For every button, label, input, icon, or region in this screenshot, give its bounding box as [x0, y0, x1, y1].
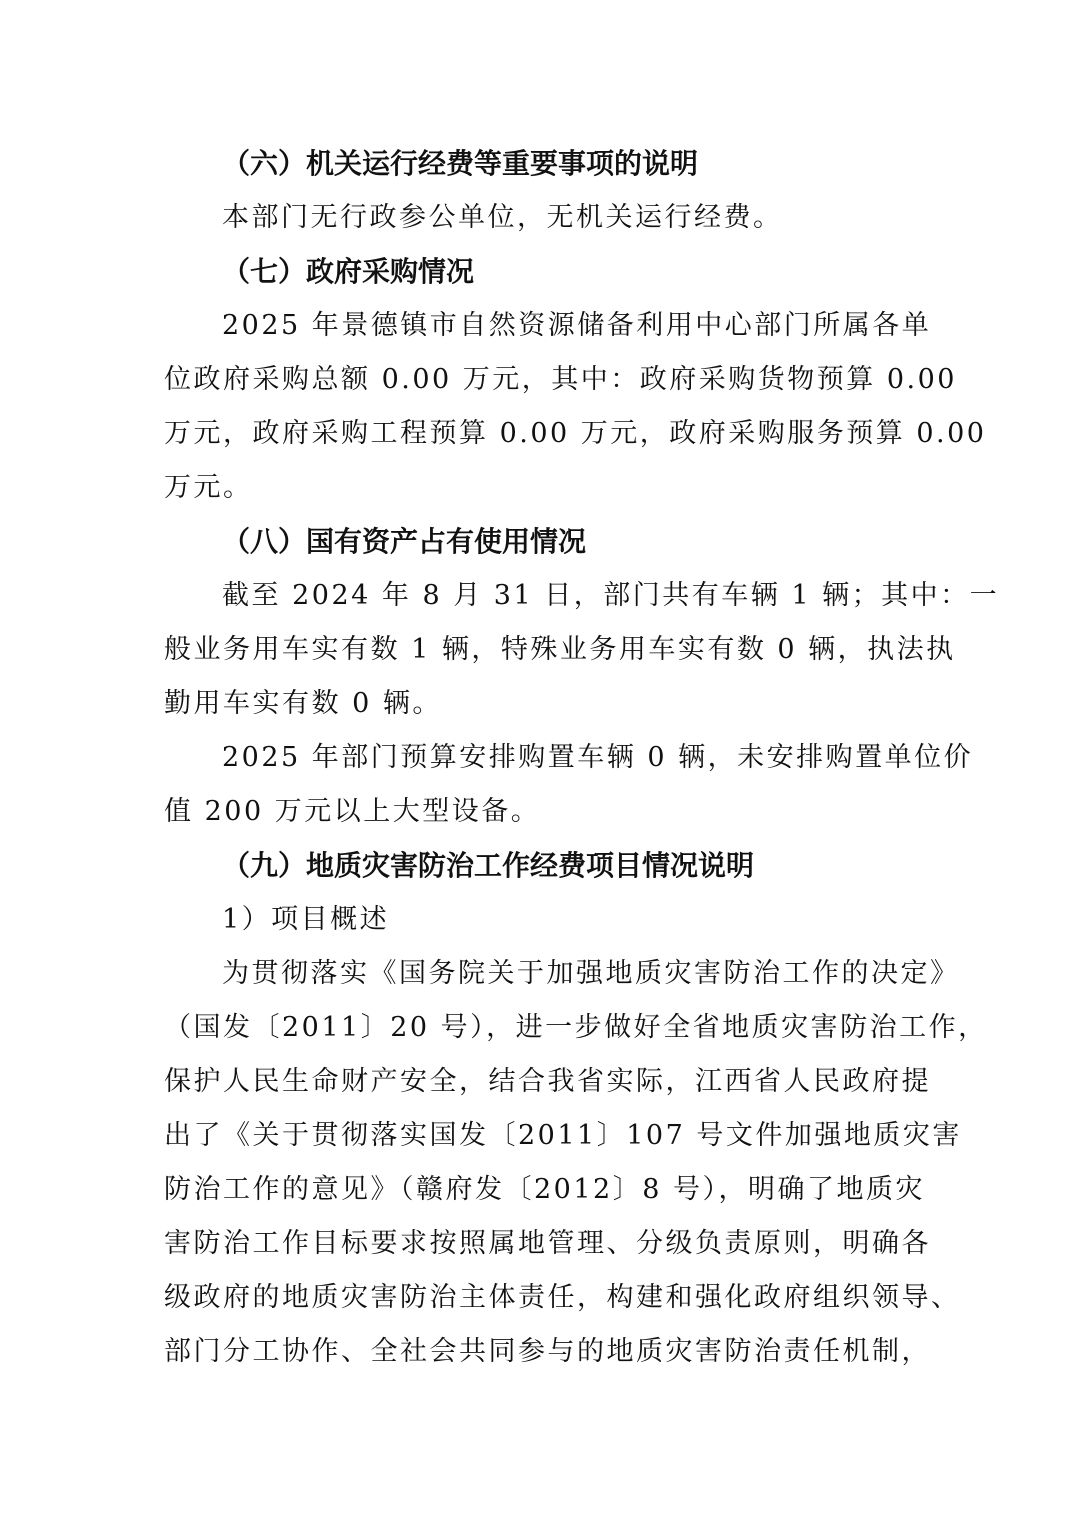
paragraph-line: 本部门无行政参公单位，无机关运行经费。	[222, 198, 783, 238]
paragraph-line: 为贯彻落实《国务院关于加强地质灾害防治工作的决定》	[222, 954, 960, 994]
section-heading-8: （八）国有资产占有使用情况	[222, 522, 586, 562]
paragraph-line: 防治工作的意见》（赣府发〔2012〕8 号），明确了地质灾	[164, 1170, 925, 1210]
paragraph-line: 勤用车实有数 0 辆。	[164, 684, 442, 724]
paragraph-line: 般业务用车实有数 1 辆，特殊业务用车实有数 0 辆，执法执	[164, 630, 956, 670]
section-heading-6: （六）机关运行经费等重要事项的说明	[222, 144, 698, 184]
paragraph-line: 位政府采购总额 0.00 万元，其中：政府采购货物预算 0.00	[164, 360, 957, 400]
subsection-label: 1）项目概述	[222, 900, 389, 940]
paragraph-line: （国发〔2011〕20 号），进一步做好全省地质灾害防治工作，	[164, 1008, 988, 1048]
paragraph-line: 2025 年景德镇市自然资源储备利用中心部门所属各单	[222, 306, 931, 346]
paragraph-line: 万元，政府采购工程预算 0.00 万元，政府采购服务预算 0.00	[164, 414, 986, 454]
section-heading-9: （九）地质灾害防治工作经费项目情况说明	[222, 846, 754, 886]
paragraph-line: 截至 2024 年 8 月 31 日，部门共有车辆 1 辆；其中：一	[222, 576, 999, 616]
paragraph-line: 值 200 万元以上大型设备。	[164, 792, 540, 832]
paragraph-line: 万元。	[164, 468, 253, 508]
document-page: （六）机关运行经费等重要事项的说明 本部门无行政参公单位，无机关运行经费。 （七…	[0, 0, 1074, 1520]
paragraph-line: 级政府的地质灾害防治主体责任，构建和强化政府组织领导、	[164, 1278, 961, 1318]
paragraph-line: 部门分工协作、全社会共同参与的地质灾害防治责任机制，	[164, 1332, 931, 1372]
paragraph-line: 2025 年部门预算安排购置车辆 0 辆，未安排购置单位价	[222, 738, 973, 778]
paragraph-line: 出了《关于贯彻落实国发〔2011〕107 号文件加强地质灾害	[164, 1116, 962, 1156]
section-heading-7: （七）政府采购情况	[222, 252, 474, 292]
paragraph-line: 害防治工作目标要求按照属地管理、分级负责原则，明确各	[164, 1224, 931, 1264]
paragraph-line: 保护人民生命财产安全，结合我省实际，江西省人民政府提	[164, 1062, 931, 1102]
